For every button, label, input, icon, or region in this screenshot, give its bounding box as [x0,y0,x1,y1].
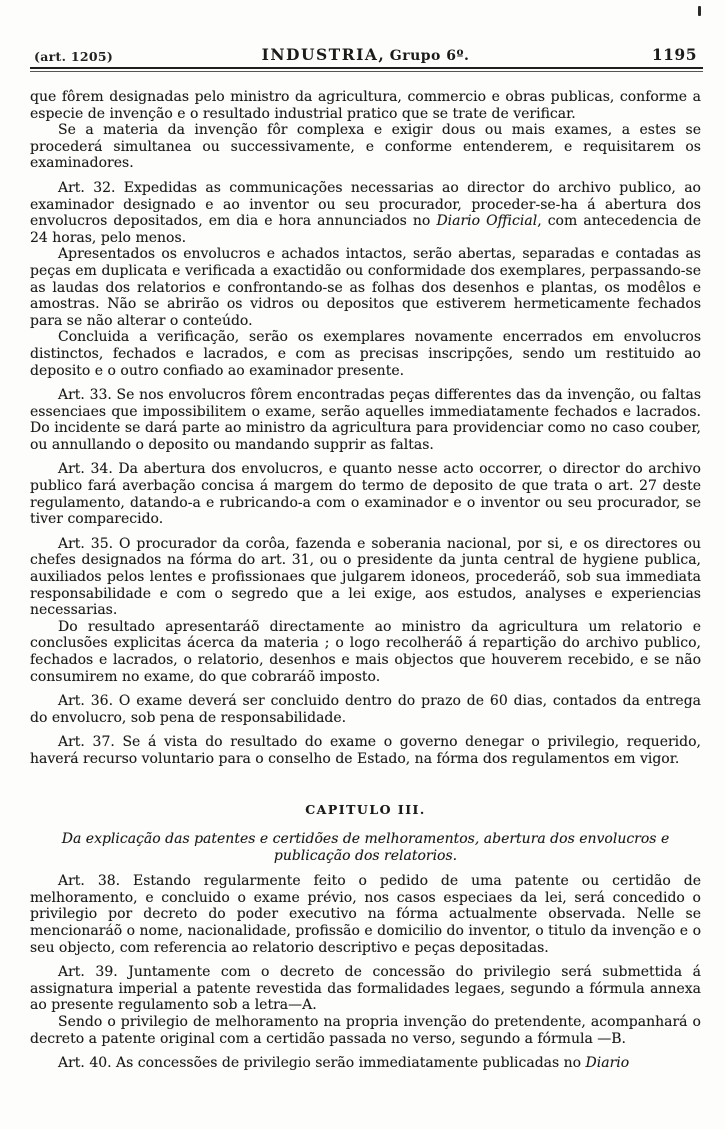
italic-text-segment: Diario Official [436,213,537,229]
text-segment: Art. 38. Estando regularmente feito o pe… [30,873,701,955]
document-body: que fôrem designadas pelo ministro da ag… [30,89,701,1072]
text-segment: Sendo o privilegio de melhoramento na pr… [30,1014,701,1047]
chapter-subtitle: Da explicação das patentes e certidões d… [60,831,671,865]
paragraph: Do resultado apresentaráõ directamente a… [30,619,701,685]
text-segment: Do resultado apresentaráõ directamente a… [30,619,701,685]
document-page: (art. 1205) INDUSTRIA, Grupo 6º. 1195 qu… [0,0,725,1129]
paragraph: Art. 40. As concessões de privilegio ser… [30,1055,701,1072]
chapter-heading: CAPITULO III. [30,802,701,819]
paragraph: Apresentados os envolucros e achados int… [30,246,701,329]
paragraph: Se a materia da invenção fôr complexa e … [30,122,701,172]
paragraph: Art. 35. O procurador da corôa, fazenda … [30,536,701,619]
page-header: (art. 1205) INDUSTRIA, Grupo 6º. 1195 [30,44,701,64]
text-segment: Art. 33. Se nos envolucros fôrem encontr… [30,387,701,453]
header-title-group: Grupo 6º. [390,48,470,64]
paragraph: Art. 36. O exame deverá ser concluido de… [30,693,701,726]
paragraph: Sendo o privilegio de melhoramento na pr… [30,1014,701,1047]
header-divider-rule [30,67,703,72]
paragraph: Art. 37. Se á vista do resultado do exam… [30,734,701,767]
paragraph: Art. 33. Se nos envolucros fôrem encontr… [30,387,701,453]
paragraph: Art. 34. Da abertura dos envolucros, e q… [30,461,701,527]
text-segment: Apresentados os envolucros e achados int… [30,246,701,328]
text-segment: Concluida a verificação, serão os exempl… [30,329,701,378]
text-segment: Art. 36. O exame deverá ser concluido de… [30,693,701,726]
paragraph: Art. 32. Expedidas as communicações nece… [30,180,701,246]
header-title-main: INDUSTRIA, [262,45,386,64]
text-segment: Art. 37. Se á vista do resultado do exam… [30,734,701,767]
paragraph: Concluida a verificação, serão os exempl… [30,329,701,379]
text-segment: Se a materia da invenção fôr complexa e … [30,122,701,171]
paragraph: Art. 38. Estando regularmente feito o pe… [30,873,701,956]
paragraph: Art. 39. Juntamente com o decreto de con… [30,964,701,1014]
header-running-title: INDUSTRIA, Grupo 6º. [30,45,701,64]
paragraph: que fôrem designadas pelo ministro da ag… [30,89,701,122]
text-segment: Art. 39. Juntamente com o decreto de con… [30,964,701,1013]
italic-text-segment: Diario [586,1055,630,1071]
text-segment: Art. 34. Da abertura dos envolucros, e q… [30,461,701,527]
text-segment: Art. 35. O procurador da corôa, fazenda … [30,536,701,618]
header-page-number: 1195 [652,45,697,64]
text-segment: que fôrem designadas pelo ministro da ag… [30,89,701,122]
print-artifact-mark [698,6,701,16]
text-segment: Art. 40. As concessões de privilegio ser… [58,1055,586,1071]
